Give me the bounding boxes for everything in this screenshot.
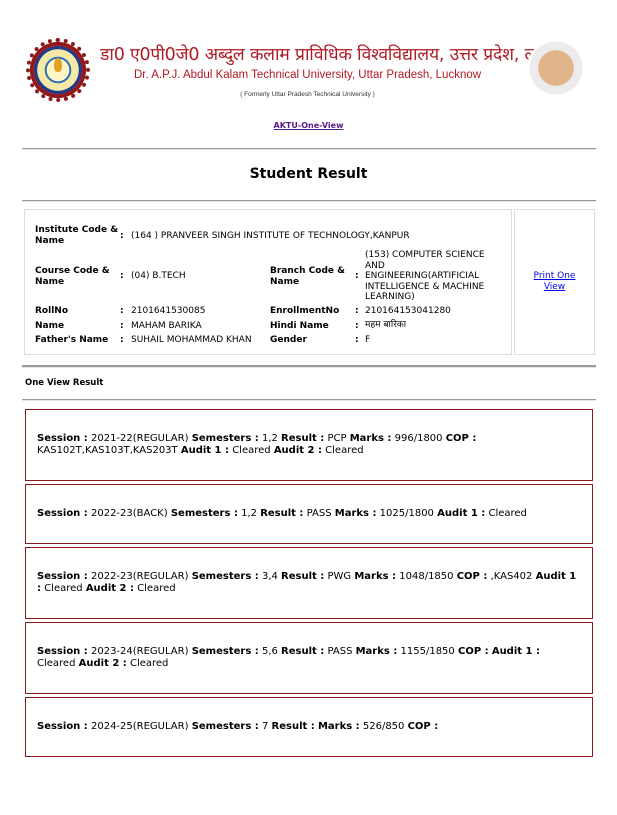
result-value: PASS <box>307 508 332 519</box>
session-value: 2023-24(REGULAR) <box>91 646 189 657</box>
cop-label: COP : <box>458 646 489 657</box>
lamp-flame-icon <box>54 58 62 72</box>
audit1-value: Cleared <box>488 508 526 519</box>
marks-value: 526/850 <box>363 721 405 732</box>
university-name-english: Dr. A.P.J. Abdul Kalam Technical Univers… <box>100 69 515 81</box>
colon: : <box>120 306 124 316</box>
semesters-value: 3,4 <box>262 571 278 582</box>
result-label: Result : <box>281 571 324 582</box>
print-one-view-link[interactable]: Print One View <box>530 271 580 293</box>
audit1-label: Audit 1 : <box>181 445 229 456</box>
hindi-name-label: Hindi Name <box>270 321 329 332</box>
result-value: PASS <box>327 646 352 657</box>
result-card: Session : 2022-23(REGULAR) Semesters : 3… <box>25 547 593 619</box>
gender-value: F <box>365 335 370 346</box>
audit2-label: Audit 2 : <box>79 658 127 669</box>
fathers-name-label: Father's Name <box>35 335 108 346</box>
divider <box>22 365 596 368</box>
hindi-name-value: महम बारिका <box>365 320 406 331</box>
colon: : <box>120 231 124 241</box>
divider <box>22 148 596 150</box>
session-label: Session : <box>37 508 88 519</box>
formerly-note: ( Formerly Uttar Pradesh Technical Unive… <box>100 91 515 98</box>
course-label: Course Code & Name <box>35 266 121 287</box>
session-label: Session : <box>37 433 88 444</box>
session-label: Session : <box>37 571 88 582</box>
audit2-label: Audit 2 : <box>86 583 134 594</box>
colon: : <box>355 271 359 281</box>
session-value: 2021-22(REGULAR) <box>91 433 189 444</box>
cop-value: ,KAS402 <box>491 571 533 582</box>
result-card: Session : 2022-23(BACK) Semesters : 1,2 … <box>25 484 593 544</box>
semesters-value: 1,2 <box>262 433 278 444</box>
audit1-value: Cleared <box>44 583 82 594</box>
university-emblem-icon <box>30 42 86 98</box>
marks-value: 1025/1800 <box>380 508 434 519</box>
section-heading: One View Result <box>25 378 103 388</box>
institute-label: Institute Code & Name <box>35 225 121 246</box>
result-value: PCP <box>327 433 346 444</box>
rollno-value: 2101641530085 <box>131 306 205 317</box>
apj-abdul-kalam-portrait-icon <box>527 41 585 101</box>
semesters-value: 5,6 <box>262 646 278 657</box>
result-label: Result : <box>260 508 303 519</box>
semesters-value: 1,2 <box>241 508 257 519</box>
colon: : <box>120 321 124 331</box>
cop-label: COP : <box>408 721 439 732</box>
session-value: 2022-23(BACK) <box>91 508 168 519</box>
course-value: (04) B.TECH <box>131 271 186 282</box>
semesters-value: 7 <box>262 721 268 732</box>
result-card: Session : 2024-25(REGULAR) Semesters : 7… <box>25 697 593 757</box>
colon: : <box>355 321 359 331</box>
marks-value: 1155/1850 <box>401 646 455 657</box>
gender-label: Gender <box>270 335 307 346</box>
one-view-nav: AKTU-One-View <box>0 121 617 131</box>
enrollment-label: EnrollmentNo <box>270 306 339 317</box>
result-label: Result : <box>281 433 324 444</box>
marks-label: Marks : <box>318 721 360 732</box>
result-card: Session : 2023-24(REGULAR) Semesters : 5… <box>25 622 593 694</box>
colon: : <box>355 335 359 345</box>
name-value: MAHAM BARIKA <box>131 321 202 332</box>
audit1-label: Audit 1 : <box>437 508 485 519</box>
university-header: डा0 ए0पी0जे0 अब्दुल कलाम प्राविधिक विश्व… <box>0 38 617 108</box>
fathers-name-value: SUHAIL MOHAMMAD KHAN <box>131 335 252 346</box>
cop-value: KAS102T,KAS103T,KAS203T <box>37 445 178 456</box>
marks-label: Marks : <box>350 433 392 444</box>
audit1-value: Cleared <box>232 445 270 456</box>
semesters-label: Semesters : <box>192 571 259 582</box>
print-panel: Print One View <box>514 209 595 355</box>
aktu-one-view-link[interactable]: AKTU-One-View <box>274 121 344 130</box>
audit1-value: Cleared <box>37 658 75 669</box>
colon: : <box>120 271 124 281</box>
marks-value: 996/1800 <box>395 433 443 444</box>
rollno-label: RollNo <box>35 306 68 317</box>
colon: : <box>355 306 359 316</box>
institute-value: (164 ) PRANVEER SINGH INSTITUTE OF TECHN… <box>131 231 511 242</box>
semesters-label: Semesters : <box>192 721 259 732</box>
branch-value: (153) COMPUTER SCIENCE AND ENGINEERING(A… <box>365 250 495 303</box>
divider <box>22 200 596 202</box>
result-value: PWG <box>327 571 351 582</box>
marks-value: 1048/1850 <box>399 571 453 582</box>
audit2-value: Cleared <box>137 583 175 594</box>
audit2-label: Audit 2 : <box>274 445 322 456</box>
semesters-label: Semesters : <box>171 508 238 519</box>
divider <box>22 399 596 401</box>
audit2-value: Cleared <box>130 658 168 669</box>
enrollment-value: 210164153041280 <box>365 306 451 317</box>
branch-label: Branch Code & Name <box>270 266 350 287</box>
university-name-hindi: डा0 ए0पी0जे0 अब्दुल कलाम प्राविधिक विश्व… <box>100 42 515 66</box>
semesters-label: Semesters : <box>192 433 259 444</box>
result-label: Result : <box>281 646 324 657</box>
cop-label: COP : <box>457 571 488 582</box>
session-label: Session : <box>37 646 88 657</box>
student-info-panel: Institute Code & Name : (164 ) PRANVEER … <box>24 209 512 355</box>
cop-label: COP : <box>446 433 477 444</box>
audit1-label: Audit 1 : <box>492 646 540 657</box>
page-title: Student Result <box>0 166 617 182</box>
semesters-label: Semesters : <box>192 646 259 657</box>
audit2-value: Cleared <box>325 445 363 456</box>
result-card: Session : 2021-22(REGULAR) Semesters : 1… <box>25 409 593 481</box>
session-label: Session : <box>37 721 88 732</box>
session-value: 2024-25(REGULAR) <box>91 721 189 732</box>
name-label: Name <box>35 321 64 332</box>
marks-label: Marks : <box>356 646 398 657</box>
session-value: 2022-23(REGULAR) <box>91 571 189 582</box>
colon: : <box>120 335 124 345</box>
result-label: Result : <box>272 721 315 732</box>
marks-label: Marks : <box>354 571 396 582</box>
marks-label: Marks : <box>335 508 377 519</box>
